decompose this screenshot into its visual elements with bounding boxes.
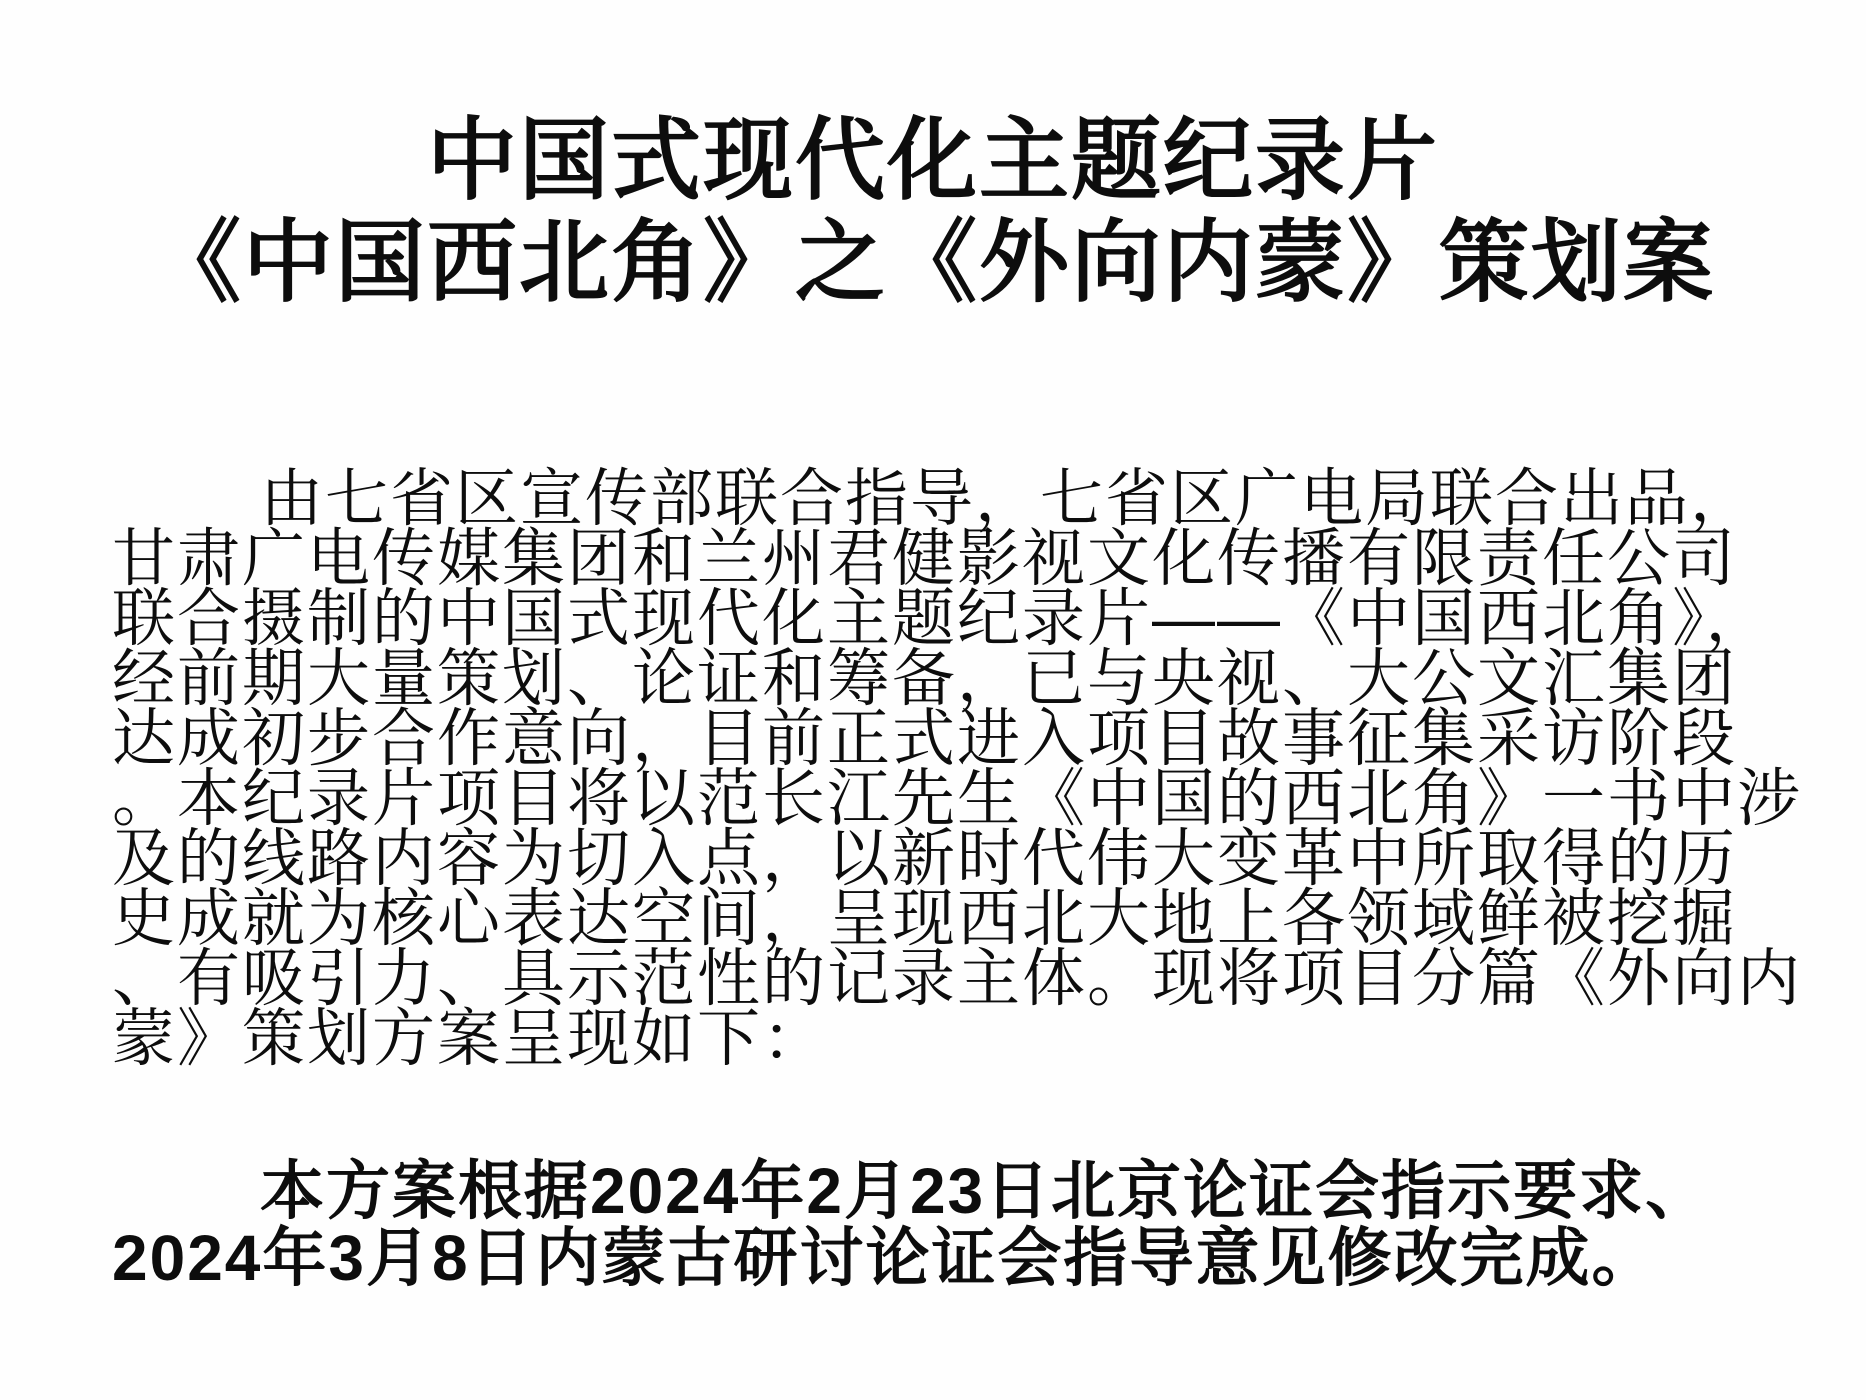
title-line-1: 中国式现代化主题纪录片 bbox=[0, 110, 1866, 212]
intro-paragraph-line: 甘肃广电传媒集团和兰州君健影视文化传播有限责任公司 bbox=[112, 529, 1836, 589]
intro-paragraph-line: 由七省区宣传部联合指导，七省区广电局联合出品， bbox=[112, 469, 1836, 529]
intro-paragraph-line: 史成就为核心表达空间，呈现西北大地上各领域鲜被挖掘 bbox=[112, 889, 1836, 949]
revision-note-line: 2024年3月8日内蒙古研讨论证会指导意见修改完成。 bbox=[112, 1225, 1836, 1292]
intro-paragraph: 由七省区宣传部联合指导，七省区广电局联合出品， 甘肃广电传媒集团和兰州君健影视文… bbox=[0, 469, 1866, 1069]
revision-note-line: 本方案根据2024年2月23日北京论证会指示要求、 bbox=[112, 1158, 1836, 1225]
title-line-2: 《中国西北角》之《外向内蒙》策划案 bbox=[0, 212, 1866, 314]
intro-paragraph-line: 及的线路内容为切入点，以新时代伟大变革中所取得的历 bbox=[112, 829, 1836, 889]
intro-paragraph-line: 联合摄制的中国式现代化主题纪录片——《中国西北角》， bbox=[112, 589, 1836, 649]
intro-paragraph-line: 经前期大量策划、论证和筹备，已与央视、大公文汇集团 bbox=[112, 649, 1836, 709]
intro-paragraph-line: 。本纪录片项目将以范长江先生《中国的西北角》一书中涉 bbox=[112, 769, 1836, 829]
intro-paragraph-line: 达成初步合作意向，目前正式进入项目故事征集采访阶段 bbox=[112, 709, 1836, 769]
document-title: 中国式现代化主题纪录片 《中国西北角》之《外向内蒙》策划案 bbox=[0, 0, 1866, 314]
intro-paragraph-line: 、有吸引力、具示范性的记录主体。现将项目分篇《外向内 bbox=[112, 949, 1836, 1009]
revision-note: 本方案根据2024年2月23日北京论证会指示要求、 2024年3月8日内蒙古研讨… bbox=[0, 1158, 1866, 1292]
intro-paragraph-line: 蒙》策划方案呈现如下： bbox=[112, 1009, 1836, 1069]
document-page: 中国式现代化主题纪录片 《中国西北角》之《外向内蒙》策划案 由七省区宣传部联合指… bbox=[0, 0, 1866, 1400]
